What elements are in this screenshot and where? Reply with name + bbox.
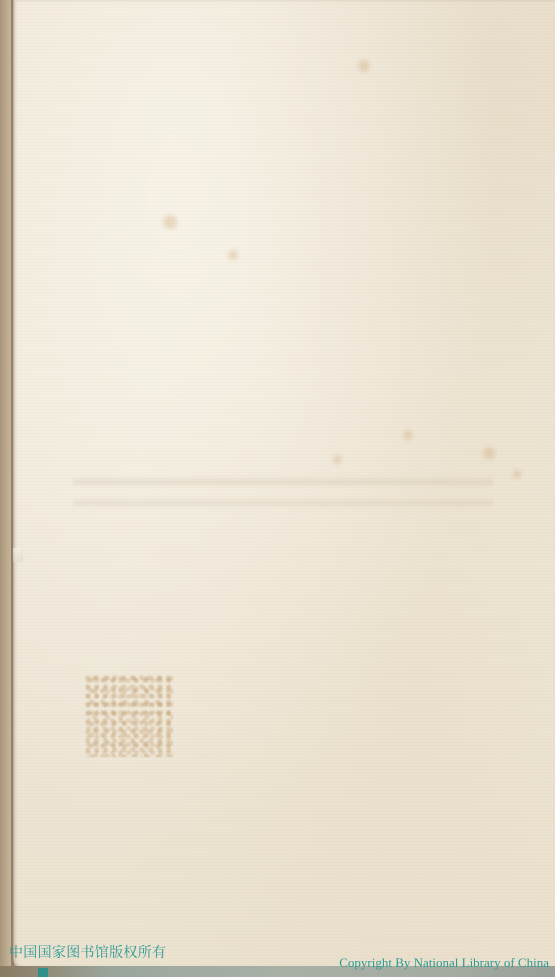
foxing-spot — [483, 447, 495, 459]
foxing-spot — [358, 60, 370, 72]
scanned-page: 中国国家图书馆版权所有 Copyright By National Librar… — [0, 0, 555, 977]
foxing-spot — [403, 430, 413, 440]
copyright-watermark-english: Copyright By National Library of China — [339, 955, 549, 970]
faded-stamp-mark — [85, 675, 173, 757]
scan-corner-mark — [38, 968, 48, 977]
binding-shadow — [11, 0, 15, 977]
foxing-spot — [333, 455, 342, 464]
copyright-watermark-chinese: 中国国家图书馆版权所有 — [9, 945, 166, 961]
bleed-through-text-ghost — [73, 475, 493, 515]
foxing-spot — [513, 470, 521, 478]
foxing-spot — [228, 250, 238, 260]
blank-paper-sheet — [13, 0, 555, 968]
foxing-spot — [163, 215, 177, 229]
paper-fold-crease — [13, 548, 23, 562]
